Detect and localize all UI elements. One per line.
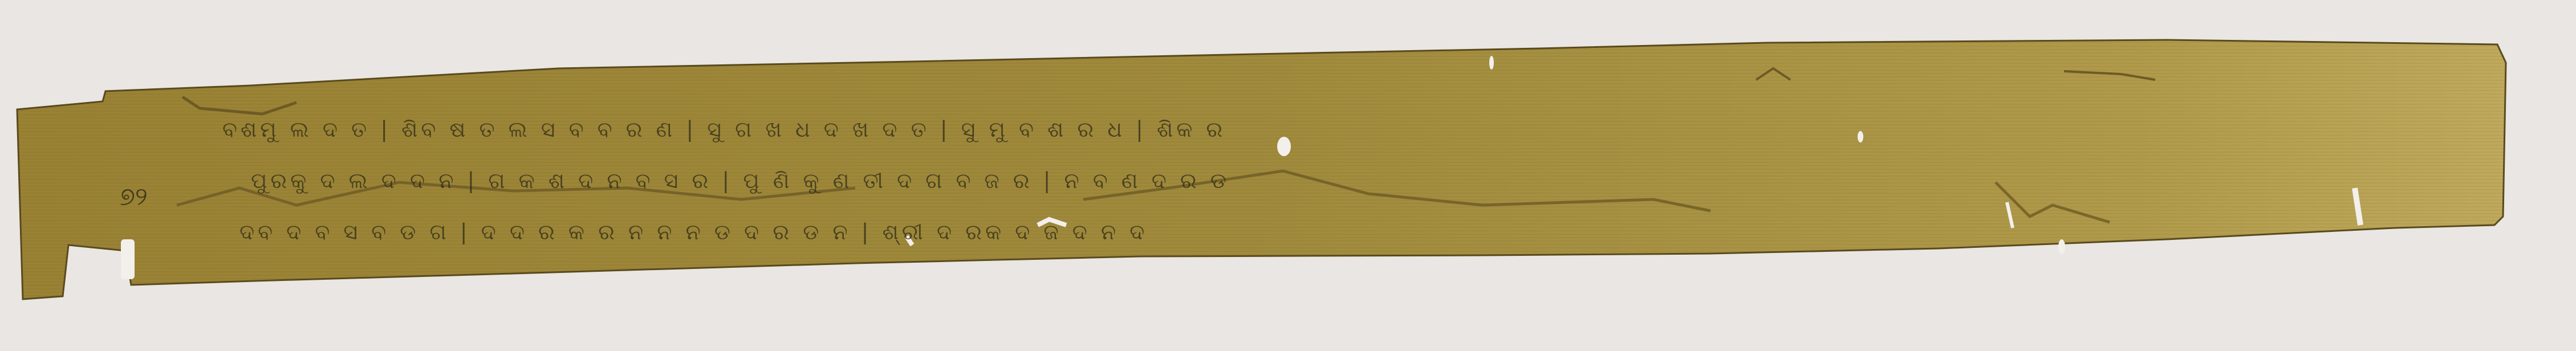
insect-hole	[1858, 131, 1863, 142]
insect-hole	[1489, 56, 1494, 70]
string-hole	[1277, 137, 1291, 156]
folio-number: ୭୨	[120, 182, 148, 211]
insect-hole	[2058, 239, 2065, 254]
manuscript-photo: ୭୨ ବଶମୁ ଲ ଦ ତ | ଶିବ ଷ ତ ଲ ସ ବ ବ ର ଣ | ସୁ…	[0, 0, 2576, 351]
script-line-1: ବଶମୁ ଲ ଦ ତ | ଶିବ ଷ ତ ଲ ସ ବ ବ ର ଣ | ସୁ ଗ …	[222, 117, 1226, 142]
script-line-3: ଦବ ଦ ବ ସ ବ ଡ ଗ | ଦ ଦ ର କ ର ନ ନ ନ ଡ ଦ ର ଡ…	[239, 219, 1148, 245]
script-line-2: ପୁରକୁ ଦ ଲ ଦ ଦ ନ | ଗ କ ଶ ଦ ନ ବ ସ ର | ପୁ ଣ…	[251, 168, 1230, 194]
insect-hole	[121, 239, 135, 279]
